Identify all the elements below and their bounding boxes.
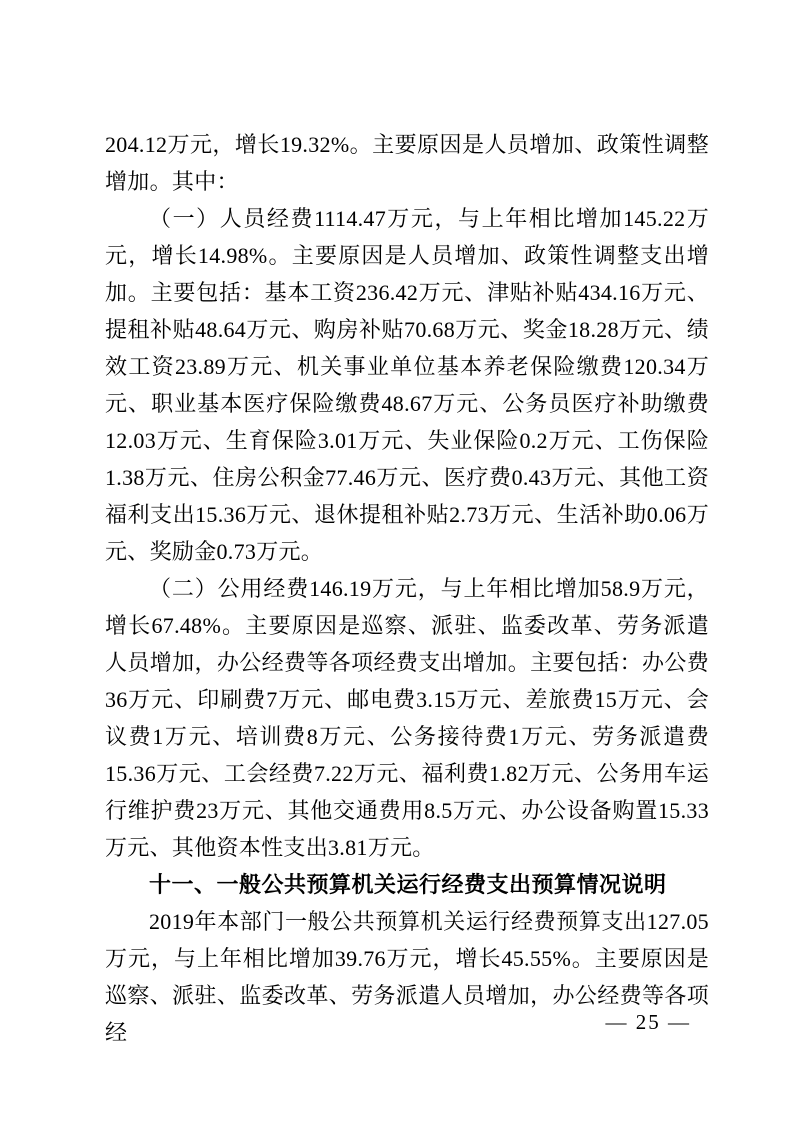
page-footer: — 25 —: [606, 1009, 692, 1035]
paragraph-personnel-expense: （一）人员经费1114.47万元，与上年相比增加145.22万元，增长14.98…: [105, 200, 709, 570]
page-number: — 25 —: [606, 1010, 692, 1034]
document-body: 204.12万元，增长19.32%。主要原因是人员增加、政策性调整增加。其中： …: [105, 126, 709, 1051]
paragraph-public-expense: （二）公用经费146.19万元，与上年相比增加58.9万元，增长67.48%。主…: [105, 570, 709, 866]
paragraph-growth-continuation: 204.12万元，增长19.32%。主要原因是人员增加、政策性调整增加。其中：: [105, 126, 709, 200]
document-page: 204.12万元，增长19.32%。主要原因是人员增加、政策性调整增加。其中： …: [0, 0, 794, 1123]
section-heading-operating-expense: 十一、一般公共预算机关运行经费支出预算情况说明: [105, 866, 709, 903]
